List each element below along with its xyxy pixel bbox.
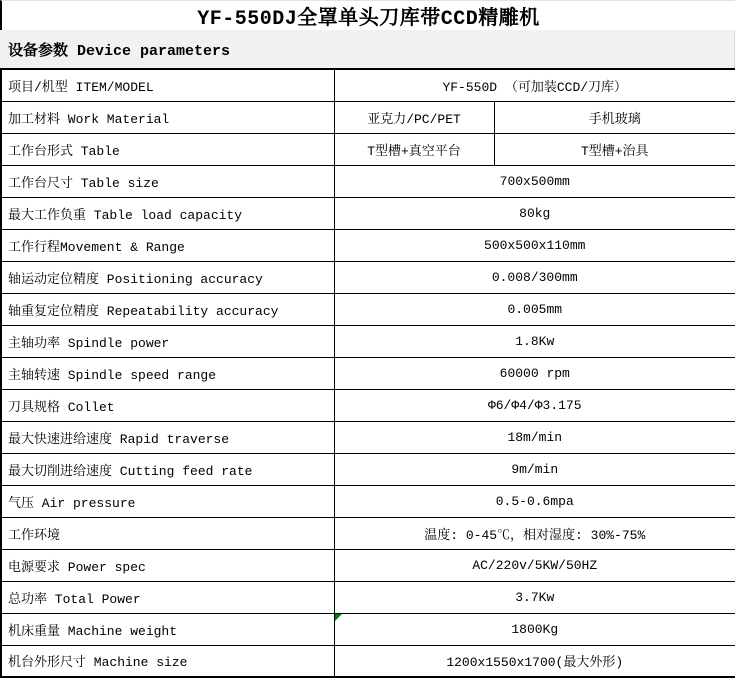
spec-row-label: 机台外形尺寸 Machine size: [1, 645, 334, 677]
spec-row-label: 主轴功率 Spindle power: [1, 325, 334, 357]
spec-row: 加工材料 Work Material亚克力/PC/PET手机玻璃: [1, 101, 735, 133]
spec-row: 电源要求 Power specAC/220v/5KW/50HZ: [1, 549, 735, 581]
spec-row-label: 项目/机型 ITEM/MODEL: [1, 69, 334, 101]
spec-row-value: 0.008/300mm: [334, 261, 735, 293]
spec-row-value: Φ6/Φ4/Φ3.175: [334, 389, 735, 421]
spec-sheet-page: YF-550DJ全罩单头刀库带CCD精雕机 设备参数 Device parame…: [0, 0, 735, 698]
spec-row-label: 轴运动定位精度 Positioning accuracy: [1, 261, 334, 293]
section-header-bar: 设备参数 Device parameters: [0, 30, 735, 68]
spec-row-label: 主轴转速 Spindle speed range: [1, 357, 334, 389]
spec-row-value: 500x500x110mm: [334, 229, 735, 261]
spec-row: 工作环境温度: 0-45℃，相对湿度: 30%-75%: [1, 517, 735, 549]
spec-row-value: T型槽+真空平台: [334, 133, 494, 165]
spec-row-value: 9m/min: [334, 453, 735, 485]
spec-row: 总功率 Total Power3.7Kw: [1, 581, 735, 613]
spec-row-label: 最大工作负重 Table load capacity: [1, 197, 334, 229]
spec-row: 气压 Air pressure0.5-0.6mpa: [1, 485, 735, 517]
spec-row-label: 工作行程Movement & Range: [1, 229, 334, 261]
spec-row-label: 最大切削进给速度 Cutting feed rate: [1, 453, 334, 485]
spec-row: 最大工作负重 Table load capacity80kg: [1, 197, 735, 229]
spec-row-value: 0.005mm: [334, 293, 735, 325]
spec-row: 最大切削进给速度 Cutting feed rate9m/min: [1, 453, 735, 485]
document-title-bar: YF-550DJ全罩单头刀库带CCD精雕机: [0, 0, 735, 30]
spec-row-label: 气压 Air pressure: [1, 485, 334, 517]
spec-row: 项目/机型 ITEM/MODELYF-550D （可加装CCD/刀库）: [1, 69, 735, 101]
spec-row-value: 80kg: [334, 197, 735, 229]
spec-row: 主轴转速 Spindle speed range60000 rpm: [1, 357, 735, 389]
spec-row-label: 工作台形式 Table: [1, 133, 334, 165]
spec-row-value: 18m/min: [334, 421, 735, 453]
spec-row-value: 温度: 0-45℃，相对湿度: 30%-75%: [334, 517, 735, 549]
spec-row: 轴重复定位精度 Repeatability accuracy0.005mm: [1, 293, 735, 325]
spec-row-label: 机床重量 Machine weight: [1, 613, 334, 645]
spec-row: 轴运动定位精度 Positioning accuracy0.008/300mm: [1, 261, 735, 293]
spec-row-value: YF-550D （可加装CCD/刀库）: [334, 69, 735, 101]
spec-row-value: 0.5-0.6mpa: [334, 485, 735, 517]
spec-row: 最大快速进给速度 Rapid traverse18m/min: [1, 421, 735, 453]
spec-row-value: T型槽+治具: [494, 133, 735, 165]
spec-row: 工作台尺寸 Table size700x500mm: [1, 165, 735, 197]
spec-row-value: 700x500mm: [334, 165, 735, 197]
spec-row: 工作台形式 TableT型槽+真空平台T型槽+治具: [1, 133, 735, 165]
spec-row-label: 轴重复定位精度 Repeatability accuracy: [1, 293, 334, 325]
spec-row-value: 1800Kg: [334, 613, 735, 645]
spec-row: 机台外形尺寸 Machine size1200x1550x1700(最大外形): [1, 645, 735, 677]
spec-row: 主轴功率 Spindle power1.8Kw: [1, 325, 735, 357]
spec-row-label: 工作台尺寸 Table size: [1, 165, 334, 197]
page-title: YF-550DJ全罩单头刀库带CCD精雕机: [197, 1, 540, 31]
device-parameters-table: 项目/机型 ITEM/MODELYF-550D （可加装CCD/刀库）加工材料 …: [0, 68, 735, 678]
section-header: 设备参数 Device parameters: [8, 39, 230, 60]
spec-row-value: 亚克力/PC/PET: [334, 101, 494, 133]
spec-row: 机床重量 Machine weight1800Kg: [1, 613, 735, 645]
spec-row-label: 加工材料 Work Material: [1, 101, 334, 133]
spec-row-label: 刀具规格 Collet: [1, 389, 334, 421]
spec-row-label: 电源要求 Power spec: [1, 549, 334, 581]
spec-row-value: AC/220v/5KW/50HZ: [334, 549, 735, 581]
spec-row-value: 1.8Kw: [334, 325, 735, 357]
spec-row: 刀具规格 ColletΦ6/Φ4/Φ3.175: [1, 389, 735, 421]
spec-row-value: 手机玻璃: [494, 101, 735, 133]
spec-row: 工作行程Movement & Range500x500x110mm: [1, 229, 735, 261]
spec-row-value: 60000 rpm: [334, 357, 735, 389]
spec-row-value: 1200x1550x1700(最大外形): [334, 645, 735, 677]
spec-table-body: 项目/机型 ITEM/MODELYF-550D （可加装CCD/刀库）加工材料 …: [1, 69, 735, 677]
spec-row-label: 总功率 Total Power: [1, 581, 334, 613]
spec-row-value: 3.7Kw: [334, 581, 735, 613]
spec-row-label: 最大快速进给速度 Rapid traverse: [1, 421, 334, 453]
spec-row-label: 工作环境: [1, 517, 334, 549]
cell-note-marker-icon: [335, 614, 342, 621]
